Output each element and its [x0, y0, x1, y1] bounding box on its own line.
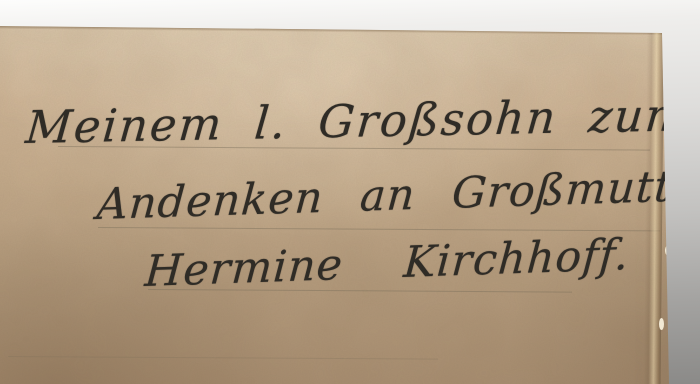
paper-edge-fleck: [659, 318, 664, 330]
photo-of-handwritten-inscription: Meinem l. Großsohn zum Andenken an Großm…: [0, 0, 700, 384]
paper-sheet: Meinem l. Großsohn zum Andenken an Großm…: [0, 0, 700, 384]
